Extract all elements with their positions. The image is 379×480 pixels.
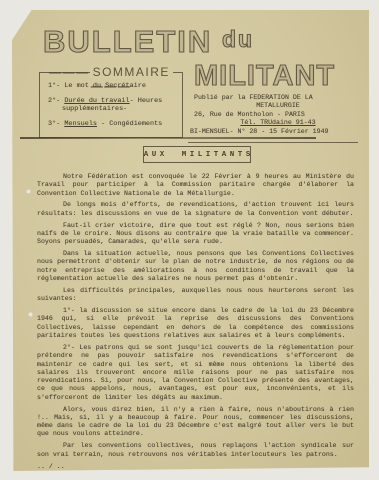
masthead-title-militant: MILITANT <box>194 60 335 93</box>
sommaire-item-2-underlined: Durée du travail <box>64 97 129 105</box>
sommaire-item-1-num: 1°- <box>48 82 60 90</box>
sommaire-item-3-num: 3°- <box>48 120 60 128</box>
sommaire-heading-text: SOMMAIRE <box>90 65 173 79</box>
paragraph-2: De longs mois d'efforts, de revendicatio… <box>37 201 354 218</box>
paragraph-3: Faut-il crier victoire, dire que tout es… <box>37 222 354 247</box>
masthead-title-du: du <box>222 26 254 53</box>
issue-underline-rule <box>188 142 358 143</box>
paper-hole <box>28 312 33 317</box>
paper-hole <box>26 189 31 194</box>
sommaire-item-1-text: Le mot du Secrétaire <box>60 82 146 90</box>
aux-militants-banner: AUX MILITANTS <box>143 146 251 163</box>
publisher-address: 26, Rue de Montholon - PARIS <box>194 111 362 119</box>
sommaire-item-2-num: 2°- <box>48 97 60 105</box>
paragraph-4: Dans la situation actuelle, nous pensons… <box>37 250 354 283</box>
paragraph-6-item-1: 1°- la discussion se situe encore dans l… <box>37 307 354 340</box>
sommaire-box: ———SOMMAIRE——— 1°- Le mot du Secrétaire … <box>39 72 183 138</box>
issue-date-line: BI-MENSUEL- N° 28 - 15 Février 1949 <box>190 128 366 136</box>
paragraph-8: Alors, vous direz bien, il n'y a rien à … <box>37 406 354 439</box>
header-divider-rule <box>20 137 316 139</box>
publisher-block: Publié par la FEDERATION DE LA METALLURG… <box>194 94 362 127</box>
continuation-mark: .. / .. <box>37 463 354 471</box>
scanned-bulletin-page: BULLETIN du MILITANT ———SOMMAIRE——— 1°- … <box>12 10 369 471</box>
paragraph-1: Notre Fédération est convoquée le 22 Fév… <box>37 173 354 198</box>
sommaire-items: 1°- Le mot du Secrétaire 2°- Durée du tr… <box>48 82 178 134</box>
sommaire-item-3-underlined: Mensuels <box>64 120 97 128</box>
article-body: Notre Fédération est convoquée le 22 Fév… <box>37 173 354 474</box>
sommaire-item-3: 3°- Mensuels - Congédiements <box>48 120 178 129</box>
publisher-phone: Tél. TRUdaine 91-43 <box>194 119 362 127</box>
sommaire-item-3-text: - Congédiements <box>97 120 162 128</box>
masthead-title-bulletin: BULLETIN <box>43 24 212 60</box>
sommaire-dash-left: ——— <box>49 65 90 79</box>
paragraph-9: Par les conventions collectives, nous re… <box>37 442 354 459</box>
aux-militants-label: AUX MILITANTS <box>140 151 254 159</box>
publisher-line-2: METALLURGIE <box>194 102 362 110</box>
sommaire-item-1: 1°- Le mot du Secrétaire <box>48 82 178 91</box>
sommaire-item-2: 2°- Durée du travail- Heures supplémenta… <box>48 97 178 114</box>
paragraph-5: Les difficultés principales, auxquelles … <box>37 287 354 304</box>
paragraph-7-item-2: 2°- Les patrons qui se sont jusqu'ici co… <box>37 344 354 402</box>
